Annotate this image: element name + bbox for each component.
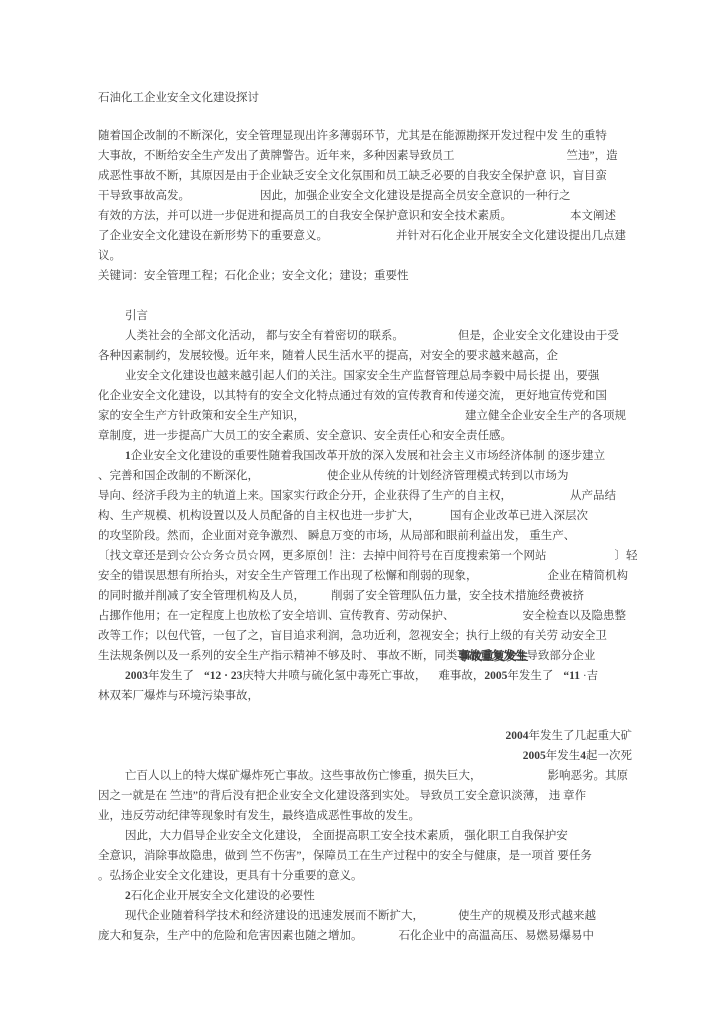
- text-run: 企业安全文化建设的重要性随着我国改革开放的深入发展和社会主义市场经济体制 的逐步…: [131, 450, 605, 462]
- text-run: 年发生了: [148, 670, 194, 682]
- text-run: 章制度，进一步提高广大员工的安全素质、安全意识、安全责任心和安全责任感。: [98, 430, 512, 442]
- text-run: 因此，大力倡导企业安全文化建设， 全面提高职工安全技术素质， 强化职工自我保护安: [125, 830, 568, 842]
- text-line: 化企业安全文化建设，以其特有的安全文化特点通过有效的宣传教育和传递交流， 更好地…: [98, 386, 632, 406]
- text-line: 。弘扬企业安全文化建设，更具有十分重要的意义。: [98, 866, 632, 886]
- bold-text-run: 2005: [484, 670, 507, 682]
- text-run: 起一次死: [586, 750, 632, 762]
- text-line: 业安全文化建设也越来越引起人们的关注。国家安全生产监督管理总局李毅中局长提 出，…: [98, 366, 632, 386]
- text-line: 因此，大力倡导企业安全文化建设， 全面提高职工安全技术素质， 强化职工自我保护安: [98, 826, 632, 846]
- text-run: 庞大和复杂，生产中的危险和危害因素也随之增加。: [98, 930, 363, 942]
- text-run: 年发生: [546, 750, 581, 762]
- text-run: 、完善和国企改制的不断深化，: [98, 470, 259, 482]
- text-run: 〔找文章还是到☆公☆务☆员☆网，更多原创！注：去掉中间符号在百度搜索第一个网站: [98, 550, 547, 562]
- text-line: 2004年发生了几起重大矿: [98, 726, 632, 746]
- document-title: 石油化工企业安全文化建设探讨: [98, 88, 632, 108]
- text-run: 有效的方法，并可以进一步促进和提高员工的自我安全保护意识和安全技术素质。: [98, 210, 512, 222]
- text-line: 亡百人以上的特大煤矿爆炸死亡事故。这些事故伤亡惨重，损失巨大，影响恶劣。其原: [98, 766, 632, 786]
- document-lines: 随着国企改制的不断深化，安全管理显现出许多薄弱环节，尤其是在能源勘探开发过程中发…: [98, 126, 632, 946]
- text-run: 占挪作他用；在一定程度上也放松了安全培训、宣传教育、劳动保护、: [98, 610, 455, 622]
- text-gap: [424, 918, 458, 919]
- text-line: 安全的错误思想有所抬头，对安全生产管理工作出现了松懈和削弱的现象，企业在精简机构: [98, 566, 632, 586]
- text-line: 改等工作；以包代管，一包了之，盲目追求利润，急功近利，忽视安全；执行上级的有关劳…: [98, 626, 632, 646]
- text-run: 因此，加强企业安全文化建设是提高全员安全意识的一种行之: [260, 190, 571, 202]
- text-line: 占挪作他用；在一定程度上也放松了安全培训、宣传教育、劳动保护、安全检查以及隐患整: [98, 606, 632, 626]
- text-gap: [478, 578, 548, 579]
- text-run: 石化企业开展安全文化建设的必要性: [131, 890, 315, 902]
- text-gap: [482, 778, 548, 779]
- text-line: 了企业安全文化建设在新形势下的重要意义。并针对石化企业开展安全文化建设提出几点建: [98, 226, 632, 246]
- text-run: 关键词：安全管理工程；石化企业；安全文化；建设；重要性: [98, 270, 409, 282]
- text-gap: [547, 558, 615, 559]
- text-line: 1企业安全文化建设的重要性随着我国改革开放的深入发展和社会主义市场经济体制 的逐…: [98, 446, 632, 466]
- text-run: 难事故，: [438, 670, 484, 682]
- overlapping-text-run: 事故重复发生事故重复发生: [457, 646, 526, 666]
- text-gap: [426, 678, 438, 679]
- text-line: [98, 706, 632, 726]
- text-line: 家的安全生产方针政策和安全生产知识，建立健全企业安全生产的各项规: [98, 406, 632, 426]
- text-run: 影响恶劣。其原: [548, 770, 629, 782]
- text-run: 从产品结: [570, 490, 616, 502]
- text-line: 导向、经济手段为主的轨道上来。国家实行政企分开，企业获得了生产的自主权，从产品结: [98, 486, 632, 506]
- text-run: 业，违反劳动纪律等现象时有发生，最终造成恶性事故的发生。: [98, 810, 420, 822]
- text-line: 现代企业随着科学技术和经济建设的迅速发展而不断扩大，使生产的规模及形式越来越: [98, 906, 632, 926]
- text-run: 并针对石化企业开展安全文化建设提出几点建: [396, 230, 626, 242]
- text-gap: [190, 198, 260, 199]
- text-line: [98, 286, 632, 306]
- bold-text-run: 2003: [125, 670, 148, 682]
- text-gap: [420, 518, 450, 519]
- text-line: 有效的方法，并可以进一步促进和提高员工的自我安全保护意识和安全技术素质。本文阐述: [98, 206, 632, 226]
- text-run: 构、生产规模、机构设置以及人员配备的自主权也进一步扩大，: [98, 510, 420, 522]
- text-line: 〔找文章还是到☆公☆务☆员☆网，更多原创！注：去掉中间符号在百度搜索第一个网站〕…: [98, 546, 632, 566]
- text-line: 业，违反劳动纪律等现象时有发生，最终造成恶性事故的发生。: [98, 806, 632, 826]
- text-line: 引言: [98, 306, 632, 326]
- text-line: 大事故，不断给安全生产发出了黄牌警告。近年来，多种因素导致员工竺违”，造: [98, 146, 632, 166]
- bold-text-run: 2005: [523, 750, 546, 762]
- text-run: 生法规条例以及一系列的安全生产指示精神不够及时、 事故不断，同类: [98, 650, 457, 662]
- text-run: 林双苯厂爆炸与环境污染事故，: [98, 690, 259, 702]
- text-gap: [259, 478, 327, 479]
- text-line: 生法规条例以及一系列的安全生产指示精神不够及时、 事故不断，同类事故重复发生事故…: [98, 646, 632, 666]
- bold-text-run: “11: [563, 670, 580, 682]
- text-line: 随着国企改制的不断深化，安全管理显现出许多薄弱环节，尤其是在能源勘探开发过程中发…: [98, 126, 632, 146]
- text-line: 庞大和复杂，生产中的危险和危害因素也随之增加。石化企业中的高温高压、易燃易爆易中: [98, 926, 632, 946]
- text-line: 全意识，消除事故隐患，做到 竺不伤害”，保障员工在生产过程中的安全与健康，是一项…: [98, 846, 632, 866]
- text-run: 的同时撤并削减了安全管理机构及人员，: [98, 590, 305, 602]
- text-run: 改等工作；以包代管，一包了之，盲目追求利润，急功近利，忽视安全；执行上级的有关劳…: [98, 630, 607, 642]
- text-gap: [512, 498, 570, 499]
- document-content: 石油化工企业安全文化建设探讨 随着国企改制的不断深化，安全管理显现出许多薄弱环节…: [98, 88, 632, 946]
- text-run: 各种因素制约，发展较慢。近年来，随着人民生活水平的提高，对安全的要求越来越高，企: [98, 350, 558, 362]
- text-line: 成恶性事故不断，其原因是由于企业缺乏安全文化氛围和员工缺乏必要的自我安全保护意 …: [98, 166, 632, 186]
- text-run: 庆特大井喷与硫化氢中毒死亡事故，: [242, 670, 426, 682]
- text-run: 年发生了: [507, 670, 553, 682]
- text-run: 现代企业随着科学技术和经济建设的迅速发展而不断扩大，: [125, 910, 424, 922]
- text-line: 林双苯厂爆炸与环境污染事故，: [98, 686, 632, 706]
- text-line: 因之一就是在 竺违”的背后没有把企业安全文化建设落到实处。 导致员工安全意识淡薄…: [98, 786, 632, 806]
- text-run: 本文阐述: [570, 210, 616, 222]
- text-line: 构、生产规模、机构设置以及人员配备的自主权也进一步扩大，国有企业改革已进入深层次: [98, 506, 632, 526]
- text-gap: [455, 618, 523, 619]
- text-line: 、完善和国企改制的不断深化，使企业从传统的计划经济管理模式转到以市场为: [98, 466, 632, 486]
- text-run: 干导致事故高发。: [98, 190, 190, 202]
- text-gap: [553, 678, 563, 679]
- text-run: 削弱了安全管理队伍力量，安全技术措施经费被挤: [331, 590, 584, 602]
- text-run: 大事故，不断给安全生产发出了黄牌警告。近年来，多种因素导致员工: [98, 150, 455, 162]
- text-line: 议。: [98, 246, 632, 266]
- text-line: 干导致事故高发。因此，加强企业安全文化建设是提高全员安全意识的一种行之: [98, 186, 632, 206]
- text-line: 2003年发生了“12 · 23庆特大井喷与硫化氢中毒死亡事故，难事故，2005…: [98, 666, 632, 686]
- text-run: 的攻坚阶段。然而，企业面对竞争激烈、 瞬息万变的市场，从局部和眼前利益出发， 重…: [98, 530, 575, 542]
- text-run: 石化企业中的高温高压、易燃易爆易中: [399, 930, 595, 942]
- text-gap: [305, 598, 331, 599]
- text-run: 。弘扬企业安全文化建设，更具有十分重要的意义。: [98, 870, 363, 882]
- text-run: 人类社会的全部文化活动， 都与安全有着密切的联系。: [125, 330, 404, 342]
- bold-text-run: 2004: [506, 730, 529, 742]
- text-run: 导致部分企业: [526, 650, 595, 662]
- text-gap: [404, 338, 458, 339]
- text-gap: [194, 678, 204, 679]
- text-line: 的攻坚阶段。然而，企业面对竞争激烈、 瞬息万变的市场，从局部和眼前利益出发， 重…: [98, 526, 632, 546]
- text-gap: [455, 158, 567, 159]
- text-run: 使生产的规模及形式越来越: [458, 910, 596, 922]
- text-run: 议。: [98, 250, 121, 262]
- text-line: 关键词：安全管理工程；石化企业；安全文化；建设；重要性: [98, 266, 632, 286]
- text-run: 引言: [125, 310, 148, 322]
- text-run: 年发生了几起重大矿: [529, 730, 633, 742]
- text-gap: [363, 938, 399, 939]
- text-run: 家的安全生产方针政策和安全生产知识，: [98, 410, 305, 422]
- text-run: 安全检查以及隐患整: [523, 610, 627, 622]
- text-run: 亡百人以上的特大煤矿爆炸死亡事故。这些事故伤亡惨重，损失巨大，: [125, 770, 482, 782]
- text-run: 了企业安全文化建设在新形势下的重要意义。: [98, 230, 328, 242]
- text-run: 使企业从传统的计划经济管理模式转到以市场为: [327, 470, 569, 482]
- text-run: 化企业安全文化建设，以其特有的安全文化特点通过有效的宣传教育和传递交流， 更好地…: [98, 390, 607, 402]
- text-line: 2005年发生4起一次死: [98, 746, 632, 766]
- text-run: 业安全文化建设也越来越引起人们的关注。国家安全生产监督管理总局李毅中局长提 出，…: [125, 370, 599, 382]
- text-run: ·吉: [580, 670, 598, 682]
- text-line: 各种因素制约，发展较慢。近年来，随着人民生活水平的提高，对安全的要求越来越高，企: [98, 346, 632, 366]
- text-run: 国有企业改革已进入深层次: [450, 510, 588, 522]
- text-run: 全意识，消除事故隐患，做到 竺不伤害”，保障员工在生产过程中的安全与健康，是一项…: [98, 850, 592, 862]
- text-run: 随着国企改制的不断深化，安全管理显现出许多薄弱环节，尤其是在能源勘探开发过程中发…: [98, 130, 607, 142]
- text-line: 的同时撤并削减了安全管理机构及人员，削弱了安全管理队伍力量，安全技术措施经费被挤: [98, 586, 632, 606]
- text-run: 成恶性事故不断，其原因是由于企业缺乏安全文化氛围和员工缺乏必要的自我安全保护意 …: [98, 170, 607, 182]
- bold-text-run: “12 · 23: [204, 670, 242, 682]
- document-page: 石油化工企业安全文化建设探讨 随着国企改制的不断深化，安全管理显现出许多薄弱环节…: [0, 0, 720, 1018]
- text-run: 建立健全企业安全生产的各项规: [465, 410, 626, 422]
- text-gap: [512, 218, 570, 219]
- text-gap: [328, 238, 396, 239]
- text-run: 竺违”，造: [567, 150, 618, 162]
- text-gap: [305, 418, 465, 419]
- text-line: 章制度，进一步提高广大员工的安全素质、安全意识、安全责任心和安全责任感。: [98, 426, 632, 446]
- text-run: 〕轻: [615, 550, 638, 562]
- text-line: 人类社会的全部文化活动， 都与安全有着密切的联系。但是，企业安全文化建设由于受: [98, 326, 632, 346]
- text-run: 因之一就是在 竺违”的背后没有把企业安全文化建设落到实处。 导致员工安全意识淡薄…: [98, 790, 586, 802]
- text-line: 2石化企业开展安全文化建设的必要性: [98, 886, 632, 906]
- text-run: 但是，企业安全文化建设由于受: [458, 330, 619, 342]
- text-run: 导向、经济手段为主的轨道上来。国家实行政企分开，企业获得了生产的自主权，: [98, 490, 512, 502]
- overlapping-text-ghost: 事故重复发生: [459, 647, 528, 667]
- text-run: 企业在精简机构: [548, 570, 629, 582]
- text-run: 安全的错误思想有所抬头，对安全生产管理工作出现了松懈和削弱的现象，: [98, 570, 478, 582]
